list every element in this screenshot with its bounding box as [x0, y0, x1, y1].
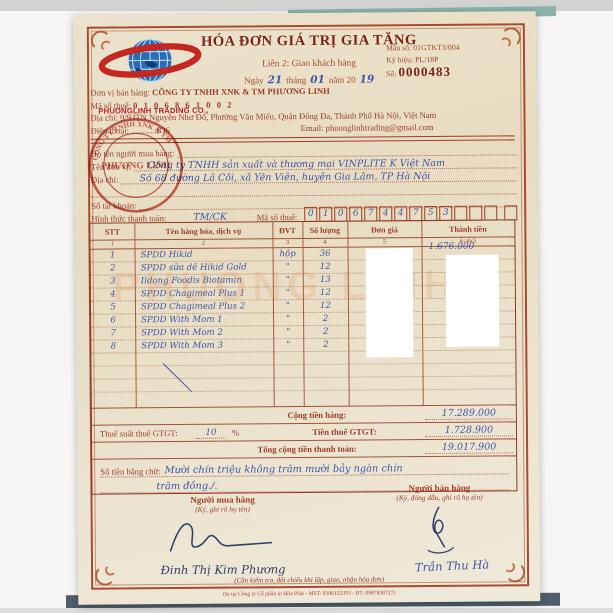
col-header-amount: Thành tiền — [421, 224, 514, 234]
cell-qty: 36 — [303, 249, 348, 260]
col-header-unit: ĐVT — [272, 226, 302, 235]
tax-digit-box: 4 — [394, 206, 407, 221]
cell-unit: " — [273, 327, 303, 338]
photo-background-bottom — [0, 608, 613, 613]
vat-rate-percent: % — [232, 428, 239, 438]
col-num: 5 — [347, 238, 421, 246]
vat-rate-handwritten: 10 — [196, 428, 226, 439]
seller-tax-label: Mã số thuế: — [90, 100, 131, 110]
form-number: Mẫu số: 01GTKT3/004 — [386, 41, 526, 54]
cell-qty: 2 — [303, 340, 348, 351]
amount-in-words-handwritten1: Mười chín triệu không trăm mười bảy ngàn… — [165, 463, 403, 476]
buyer-signer-name: Đinh Thị Kim Phương — [128, 562, 318, 577]
tax-digit-box: 3 — [439, 206, 452, 221]
total-label: Tổng cộng tiền thanh toán: — [202, 443, 412, 455]
redaction-box-amount — [446, 254, 500, 346]
cell-unit: " — [273, 314, 303, 325]
tax-digit-box: 7 — [364, 206, 377, 221]
buyer-signature-block: Người mua hàng (Ký, ghi rõ họ tên) Đinh … — [127, 494, 318, 577]
tax-digit-box: 0 — [334, 207, 347, 222]
tax-digit-box: 1 — [319, 207, 332, 222]
col-num: 4 — [302, 239, 347, 246]
amount-in-words-handwritten2: trăm đồng./. — [156, 481, 217, 492]
tax-digit-box: 4 — [379, 206, 392, 221]
invoice-number-line: Số: 0000483 — [386, 65, 526, 80]
date-mid1: tháng — [286, 75, 306, 85]
date-mid2: năm 20 — [329, 75, 356, 85]
items-table: PHUONG LINH STT Tên hàng hóa, dịch vụ ĐV… — [89, 219, 517, 494]
cell-stt: 8 — [91, 341, 135, 352]
amount-in-words-label: Số tiền bằng chữ: — [100, 466, 160, 476]
tax-digit-box — [469, 206, 482, 221]
tax-digit-box — [454, 206, 467, 221]
col-num: 2 — [134, 239, 272, 247]
cell-unit: " — [273, 340, 303, 351]
cell-amount — [422, 349, 515, 350]
vat-amount-label: Tiền thuế GTGT: — [272, 426, 417, 437]
tax-digit-box — [484, 206, 497, 221]
photo-of-invoice: PHUONGLINH TRADING CO., HÓA ĐƠN GIÁ TRỊ … — [0, 0, 613, 613]
printer-note: (In tại Công ty Cổ phần in Hòa Phát - MS… — [78, 589, 540, 599]
vat-amount-handwritten: 1.728.900 — [425, 424, 513, 437]
cell-stt: 7 — [91, 328, 135, 339]
cell-name: SPDD With Mom 3 — [135, 340, 273, 352]
cell-qty: 2 — [303, 314, 348, 325]
cell-stt: 1 — [91, 250, 135, 261]
tax-digit-box: 7 — [409, 206, 422, 221]
cell-stt: 6 — [91, 315, 135, 326]
col-header-price: Đơn giá — [347, 225, 421, 235]
seller-email-line: Email: phuonglinhtrading@gmail.com — [301, 122, 434, 133]
seller-signature-block: Người bán hàng (Ký, đóng dấu, ghi rõ họ … — [359, 482, 520, 573]
col-header-stt: STT — [90, 227, 134, 236]
cell-qty: 2 — [303, 327, 348, 338]
stamp-company-name: PHƯƠNG LINH — [101, 160, 171, 172]
invoice-meta-block: Mẫu số: 01GTKT3/004 Ký hiệu: PL/18P Số: … — [386, 41, 526, 80]
invoice-number-value: 0000483 — [398, 64, 451, 79]
col-num: 3 — [272, 239, 302, 246]
seller-name-value: CÔNG TY TNHH XNK & TM PHƯƠNG LINH — [152, 86, 330, 97]
invoice-paper: PHUONGLINH TRADING CO., HÓA ĐƠN GIÁ TRỊ … — [74, 11, 541, 605]
col-num: 1 — [90, 240, 134, 247]
tax-digit-box: 5 — [424, 206, 437, 221]
subtotal-label: Cộng tiền hàng: — [242, 409, 392, 420]
date-prefix: Ngày — [244, 75, 264, 85]
col-header-qty: Số lượng — [302, 225, 347, 234]
cell-unit: hộp — [273, 249, 303, 260]
tax-digit-box: 0 — [304, 207, 317, 222]
company-stamp-icon: CÔNG TY TNHH XNK & TM PHƯƠNG LINH — [80, 110, 191, 221]
tax-digit-box: 6 — [349, 207, 362, 222]
invoice-number-label: Số: — [386, 69, 396, 78]
vat-rate-label: Thuế suất thuế GTGT: — [100, 428, 178, 439]
seller-tax-value: 0 1 0 6 8 6 1 0 0 2 — [133, 100, 233, 111]
row1-amount-partial: 1.676.000 — [428, 241, 510, 252]
seller-signature-icon — [405, 502, 475, 555]
subtotal-value-handwritten: 17.289.000 — [425, 407, 513, 420]
tax-digit-box — [504, 205, 517, 220]
seller-name-label: Đơn vị bán hàng: — [90, 87, 150, 97]
buyer-signature-icon — [158, 513, 288, 558]
total-value-handwritten: 19.017.900 — [425, 441, 513, 454]
col-header-name: Tên hàng hóa, dịch vụ — [134, 226, 272, 236]
redaction-box-unit-price — [366, 248, 414, 357]
